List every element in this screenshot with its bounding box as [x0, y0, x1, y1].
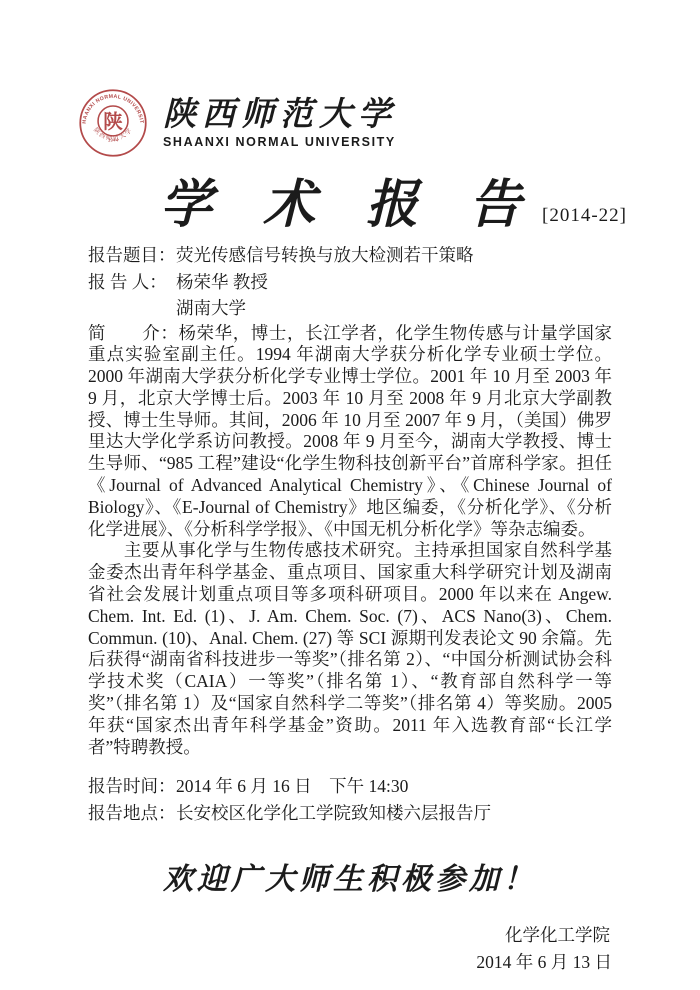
speaker-bio-paragraph: 简 介：杨荣华，博士，长江学者，化学生物传感与计量学国家重点实验室副主任。199…	[88, 323, 612, 541]
document-page: SHAANXI NORMAL UNIVERSITY 陕 1944 陕西师范大学 …	[0, 0, 700, 990]
info-row-speaker: 报 告 人： 杨荣华 教授	[88, 269, 612, 296]
info-row-topic: 报告题目： 荧光传感信号转换与放大检测若干策略	[88, 242, 612, 269]
affiliation-value: 湖南大学	[176, 295, 612, 322]
info-row-affiliation: 湖南大学	[88, 295, 612, 322]
seal-center-character: 陕	[103, 110, 123, 133]
bio-paragraph-1-text: 杨荣华，博士，长江学者，化学生物传感与计量学国家重点实验室副主任。1994 年湖…	[88, 323, 612, 539]
research-bio-paragraph: 主要从事化学与生物传感技术研究。主持承担国家自然科学基金委杰出青年科学基金、重点…	[88, 540, 612, 758]
schedule-row-location: 报告地点： 长安校区化学化工学院致知楼六层报告厅	[88, 800, 612, 827]
welcome-message: 欢迎广大师生积极参加！	[88, 854, 612, 898]
signature-date: 2014 年 6 月 13 日	[88, 949, 612, 976]
affiliation-label-spacer	[88, 295, 176, 322]
speaker-label: 报 告 人：	[88, 269, 176, 296]
location-value: 长安校区化学化工学院致知楼六层报告厅	[176, 800, 612, 827]
speaker-value: 杨荣华 教授	[176, 269, 612, 296]
location-label: 报告地点：	[88, 800, 176, 827]
report-title-row: 学 术 报 告 [2014-22]	[88, 170, 612, 234]
bio-intro-label: 简 介：	[88, 323, 178, 343]
topic-label: 报告题目：	[88, 242, 176, 269]
schedule-row-time: 报告时间： 2014 年 6 月 16 日 下午 14:30	[88, 773, 612, 800]
university-header: SHAANXI NORMAL UNIVERSITY 陕 1944 陕西师范大学 …	[78, 86, 612, 160]
time-label: 报告时间：	[88, 773, 176, 800]
report-schedule: 报告时间： 2014 年 6 月 16 日 下午 14:30 报告地点： 长安校…	[88, 773, 612, 826]
signature-department: 化学化工学院	[88, 922, 612, 949]
report-info: 报告题目： 荧光传感信号转换与放大检测若干策略 报 告 人： 杨荣华 教授 湖南…	[88, 242, 612, 322]
university-name-english: SHAANXI NORMAL UNIVERSITY	[163, 135, 397, 149]
university-seal-icon: SHAANXI NORMAL UNIVERSITY 陕 1944 陕西师范大学	[78, 88, 148, 158]
topic-value: 荧光传感信号转换与放大检测若干策略	[176, 242, 612, 269]
page-title: 学 术 报 告	[160, 179, 526, 234]
university-name-block: 陕西师范大学 SHAANXI NORMAL UNIVERSITY	[163, 97, 397, 149]
report-number: [2014-22]	[542, 205, 627, 234]
time-value: 2014 年 6 月 16 日 下午 14:30	[176, 773, 612, 800]
university-name-chinese: 陕西师范大学	[163, 97, 397, 133]
signature-block: 化学化工学院 2014 年 6 月 13 日	[88, 922, 612, 975]
